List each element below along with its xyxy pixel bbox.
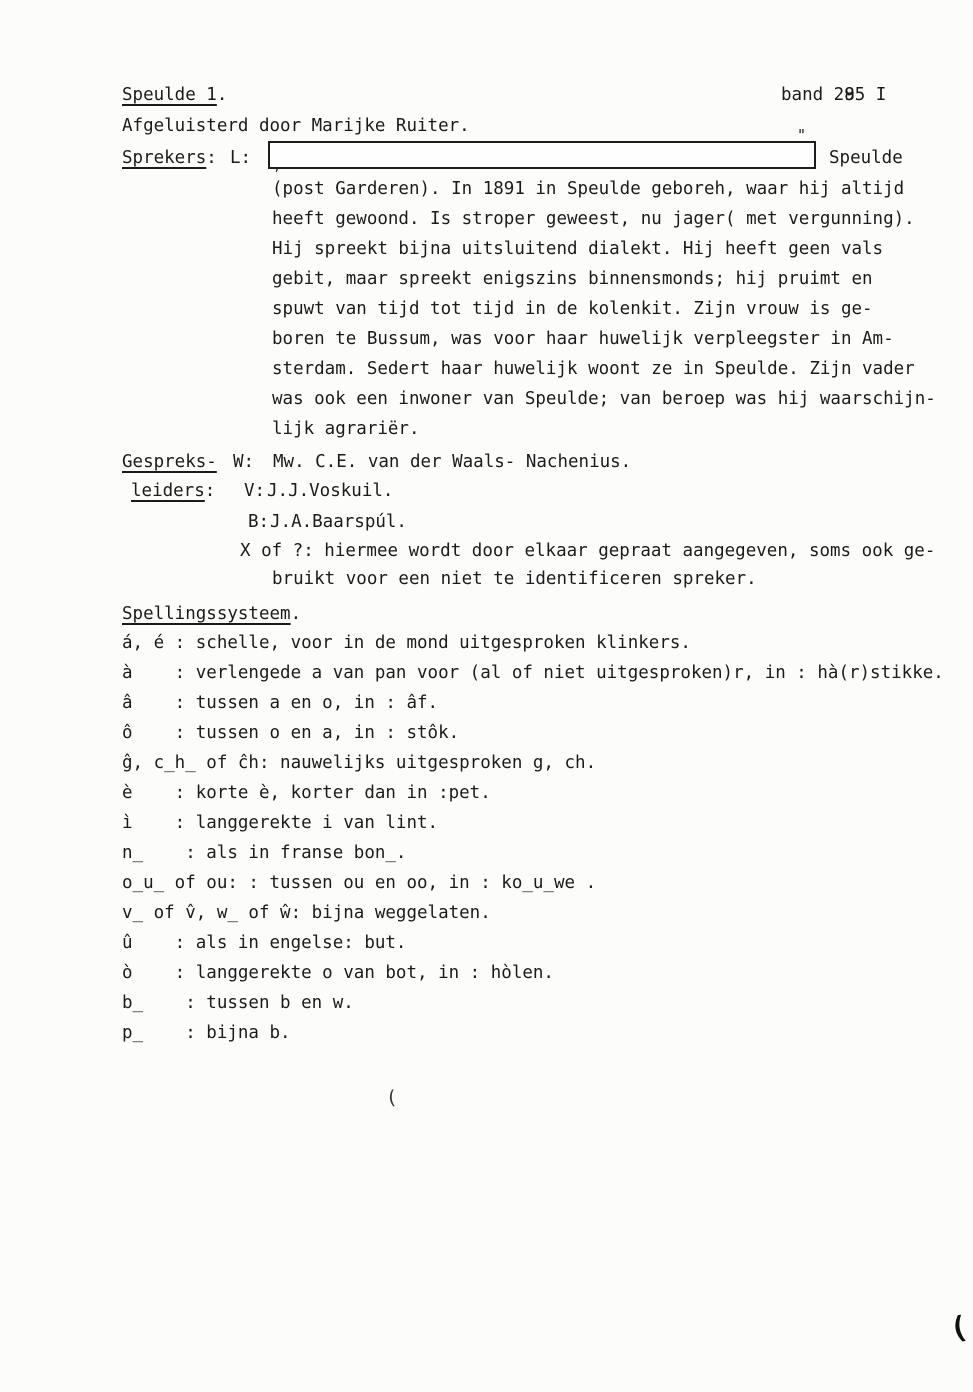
ditto-mark: ": [797, 125, 806, 146]
page-title-text: Speulde 1: [122, 85, 217, 105]
leader-name-v: J.J.Voskuil.: [267, 481, 393, 502]
spelling-entry: n̲ : als in franse bon̲.: [122, 838, 944, 868]
leader-note-x-continuation: bruikt voor een niet te identificeren sp…: [272, 569, 757, 590]
description-line: spuwt van tijd tot tijd in de kolenkit. …: [272, 294, 936, 324]
spelling-entry: b̲ : tussen b en w.: [122, 988, 944, 1018]
speaker-description: (post Garderen). In 1891 in Speulde gebo…: [272, 174, 936, 444]
spelling-entry: ò : langgerekte o van bot, in : hòlen.: [122, 958, 944, 988]
description-line: lijk agrariër.: [272, 414, 936, 444]
spelling-entry: v̲ of v̂, w̲ of ŵ: bijna weggelaten.: [122, 898, 944, 928]
leader-note-x: X of ?: hiermee wordt door elkaar gepraa…: [240, 541, 935, 562]
description-line: was ook een inwoner van Speulde; van ber…: [272, 384, 936, 414]
document-page: Speulde 1. band 2985 I Afgeluisterd door…: [0, 0, 973, 1392]
leader-letter-b: B:: [248, 512, 269, 533]
description-line: heeft gewoond. Is stroper geweest, nu ja…: [272, 204, 936, 234]
band-label: band 2985 I: [781, 85, 886, 106]
sprekers-place: Speulde: [829, 148, 903, 169]
spelling-entry: ô : tussen o en a, in : stôk.: [122, 718, 944, 748]
transcriber-line: Afgeluisterd door Marijke Ruiter.: [122, 116, 470, 137]
leader-letter-w: W:: [233, 452, 254, 473]
page-title: Speulde 1.: [122, 85, 227, 106]
redacted-name-box: [268, 141, 816, 169]
band-overstruck-digit: 98: [844, 85, 855, 106]
gespreksleiders-label-1: Gespreks-: [122, 452, 217, 473]
spelling-entry: p̲ : bijna b.: [122, 1018, 944, 1048]
spelling-heading: Spellingssysteem.: [122, 604, 301, 625]
description-line: Hij spreekt bijna uitsluitend dialekt. H…: [272, 234, 936, 264]
spelling-entry: o̲u̲ of ou: : tussen ou en oo, in : ko̲u…: [122, 868, 944, 898]
spelling-entry: â : tussen a en o, in : âf.: [122, 688, 944, 718]
spelling-entry: à : verlengede a van pan voor (al of nie…: [122, 658, 944, 688]
description-line: (post Garderen). In 1891 in Speulde gebo…: [272, 174, 936, 204]
stray-paren-mark: (: [385, 1088, 398, 1110]
band-suffix: 5 I: [855, 85, 887, 105]
page-title-period: .: [217, 85, 228, 105]
leader-name-w: Mw. C.E. van der Waals- Nachenius.: [273, 452, 631, 473]
leader-letter-v: V:: [244, 481, 265, 502]
gespreksleiders-label-2: leiders:: [131, 481, 215, 502]
sprekers-label: Sprekers:: [122, 148, 217, 169]
spelling-entry: û : als in engelse: but.: [122, 928, 944, 958]
description-line: boren te Bussum, was voor haar huwelijk …: [272, 324, 936, 354]
spelling-entry: ĝ, c̲h̲ of ĉh: nauwelijks uitgesproken g…: [122, 748, 944, 778]
speaker-letter-l: L:: [230, 148, 251, 169]
spelling-entry: è : korte è, korter dan in :pet.: [122, 778, 944, 808]
leader-name-b: J.A.Baarspúl.: [270, 512, 407, 533]
spelling-entry: ì : langgerekte i van lint.: [122, 808, 944, 838]
band-prefix: band 2: [781, 85, 844, 105]
stray-paren-mark-corner: (: [948, 1317, 969, 1341]
spelling-entries: á, é : schelle, voor in de mond uitgespr…: [122, 628, 944, 1048]
description-line: gebit, maar spreekt enigszins binnensmon…: [272, 264, 936, 294]
spelling-entry: á, é : schelle, voor in de mond uitgespr…: [122, 628, 944, 658]
description-line: sterdam. Sedert haar huwelijk woont ze i…: [272, 354, 936, 384]
